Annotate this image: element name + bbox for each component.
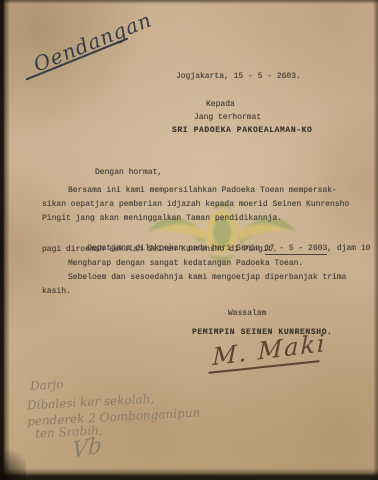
bottom-note-initials: Vb	[71, 433, 102, 464]
letter-document: Oendangan Jogjakarta, 15 - 5 - 2603. Kep…	[0, 0, 378, 480]
addressee-recipient: SRI PADOEKA PAKOEALAMAN-KO	[172, 124, 312, 137]
body-line-4-suffix: , djam 10	[327, 244, 370, 253]
paper-edge-bottom	[0, 468, 378, 480]
body-line-8: kasih.	[42, 285, 71, 298]
paper-edge-top	[0, 0, 378, 4]
closing-wassalam: Wassalam	[228, 307, 266, 320]
date-line: Jogjakarta, 15 - 5 - 2603.	[176, 70, 301, 83]
addressee-jang-terhormat: Jang terhormat	[194, 111, 261, 124]
body-line-2: sikan oepatjara pemberian idjazah kepada…	[42, 198, 349, 211]
body-line-3: Pingit jang akan meninggalkan Taman pend…	[42, 212, 282, 225]
paper-edge-right	[373, 0, 378, 480]
salutation: Dengan hormat,	[95, 166, 162, 179]
handwritten-top-left-note: Oendangan	[30, 7, 155, 76]
paper-corner-bottom-left	[0, 440, 26, 480]
bottom-note-line-1: Darjo	[30, 377, 64, 393]
body-line-6: Mengharap dengan sangat kedatangan Padoe…	[68, 257, 303, 270]
body-line-1: Bersama ini kami mempersilahkan Padoeka …	[68, 184, 337, 197]
addressee-kepada: Kepada	[206, 98, 235, 111]
body-line-7: Sebeloem dan sesoedahnja kami mengoetjap…	[68, 271, 346, 284]
paper-edge-left	[0, 0, 10, 480]
body-line-5: pagi diroemah sekolah Seinen Kunrensho d…	[42, 243, 277, 256]
